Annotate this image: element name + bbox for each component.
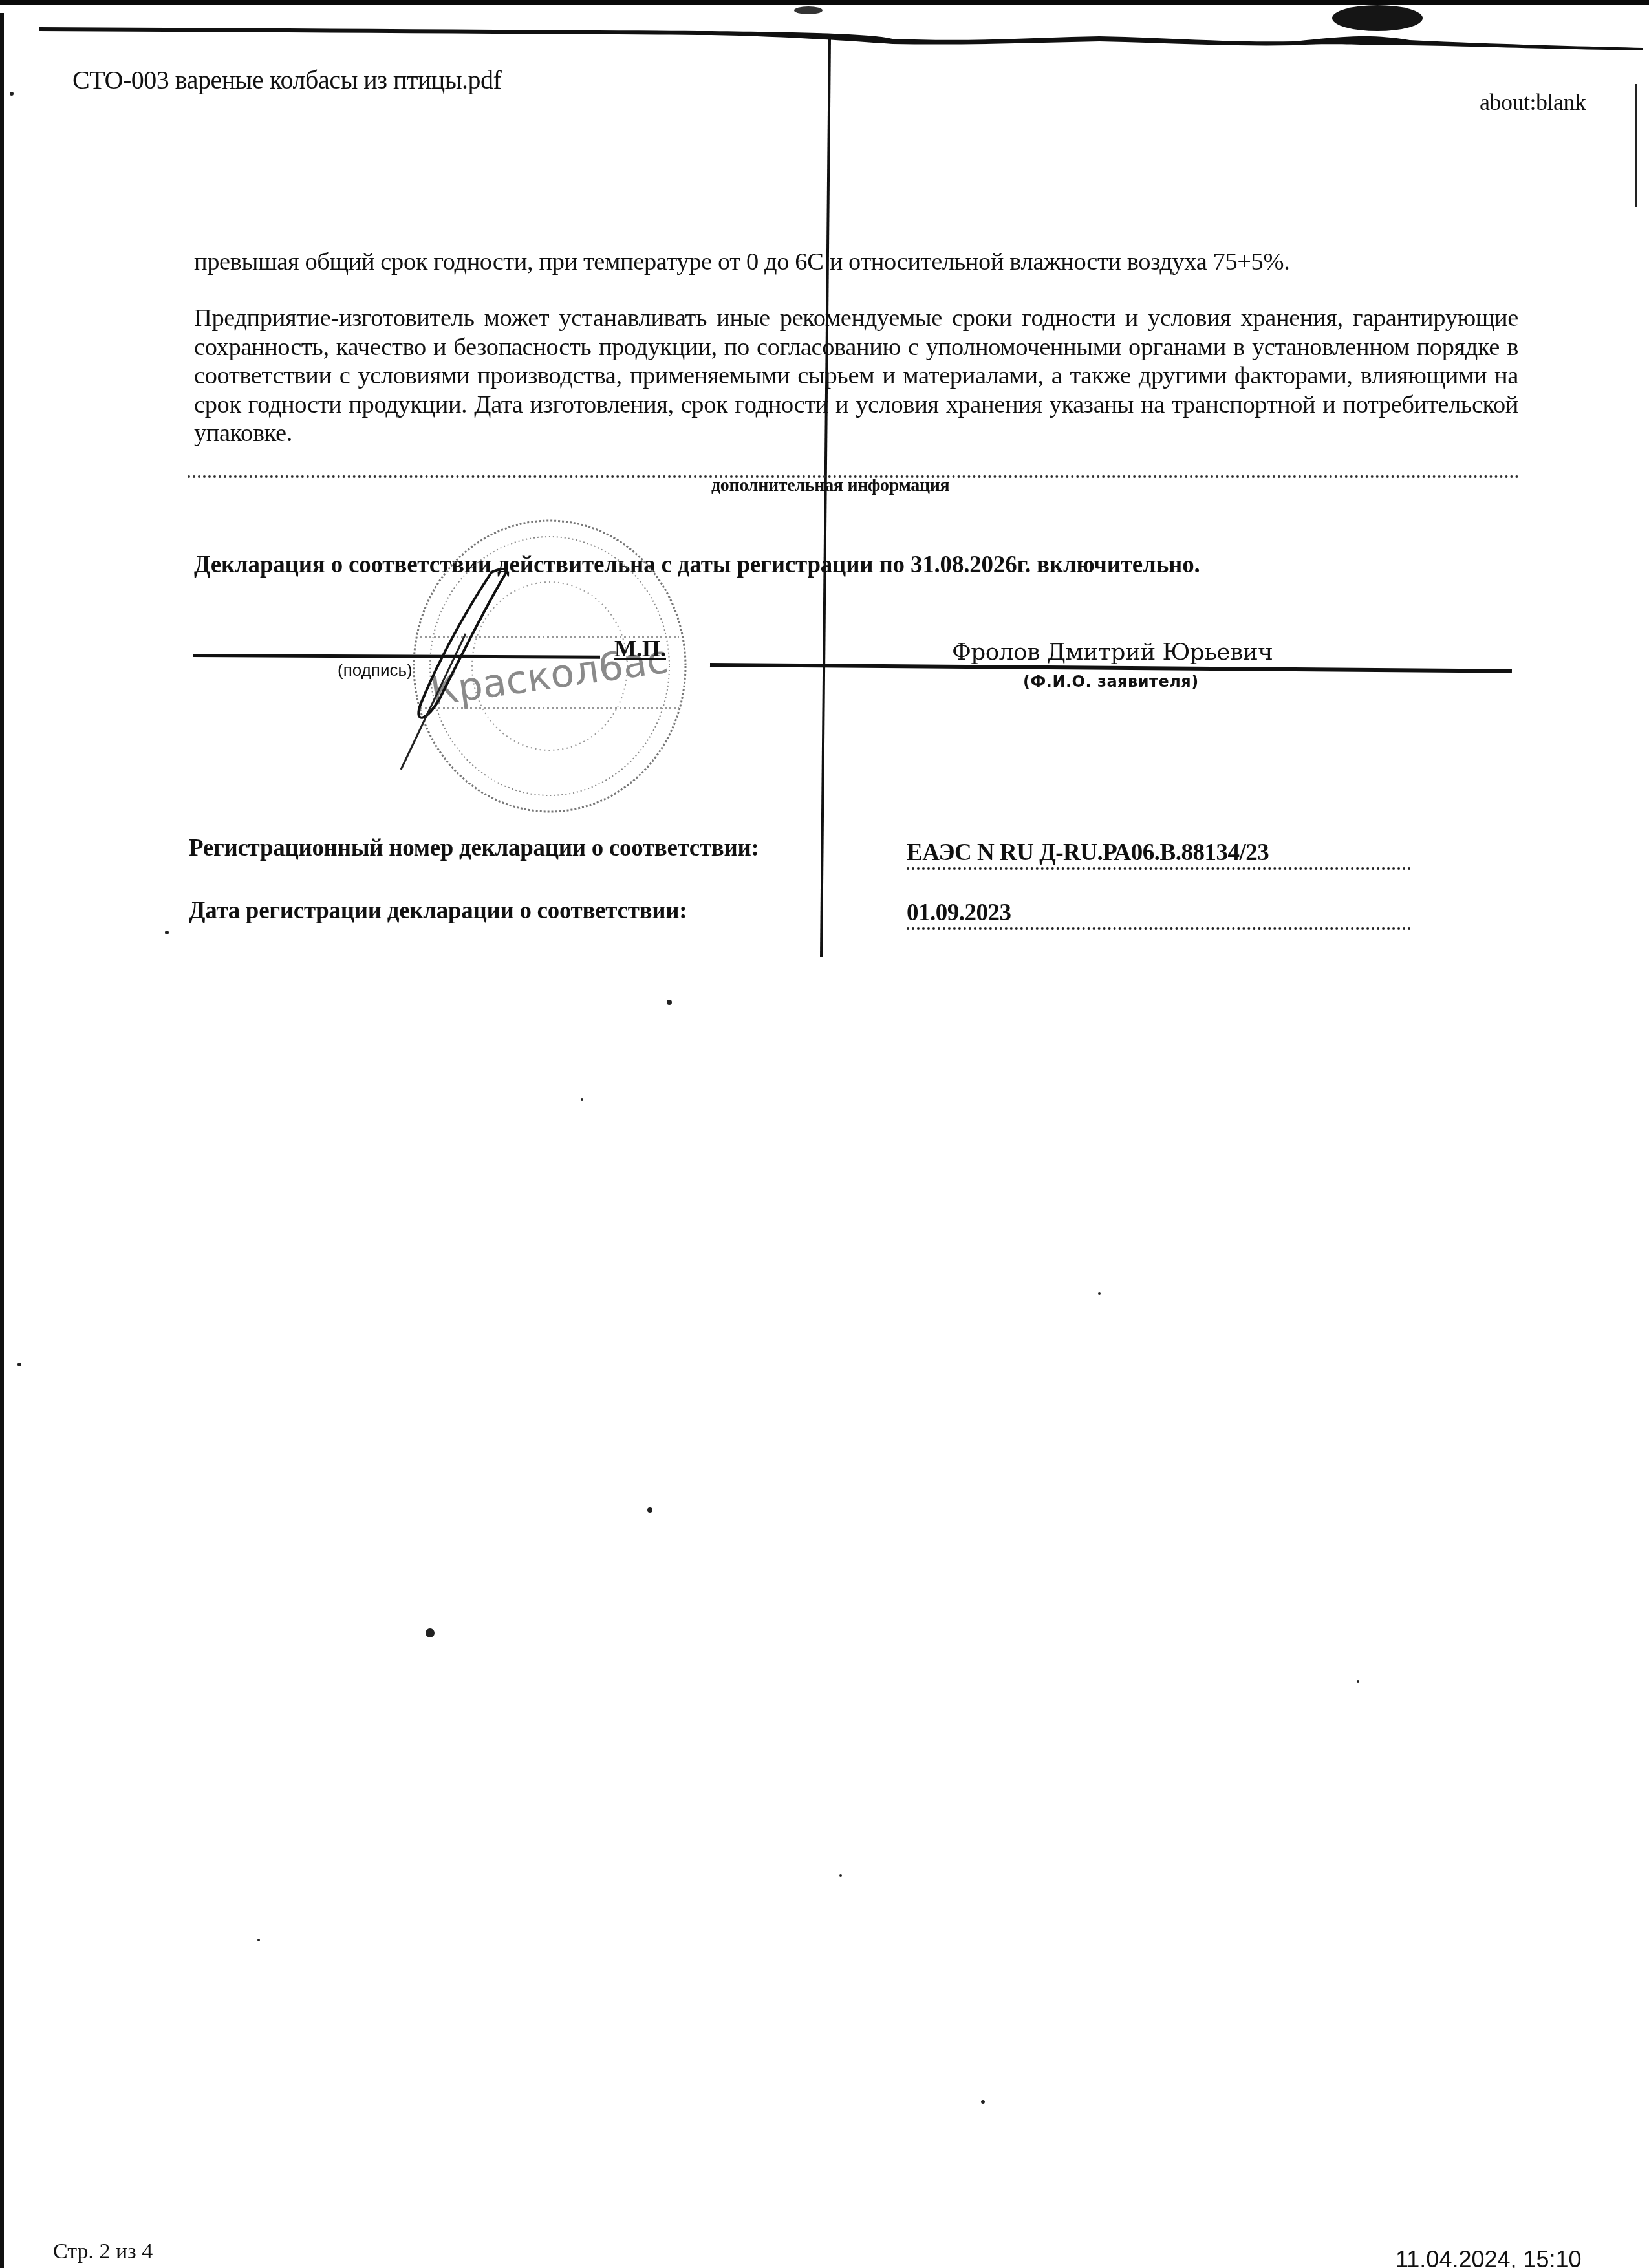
registration-number-label: Регистрационный номер декларации о соотв…: [189, 834, 759, 862]
scan-left-edge: [0, 13, 4, 2268]
manufacturer-terms-text: Предприятие-изготовитель может устанавли…: [194, 304, 1518, 448]
scan-page-fold: [0, 0, 1649, 58]
applicant-name: Фролов Дмитрий Юрьевич: [952, 639, 1273, 665]
applicant-caption: (Ф.И.О. заявителя): [1023, 673, 1199, 691]
registration-number-value: ЕАЭС N RU Д-RU.РА06.В.88134/23: [907, 839, 1411, 870]
registration-date-value: 01.09.2023: [907, 899, 1411, 930]
company-seal-stamp: Краскол6ас: [362, 511, 698, 815]
seal-label: М.П.: [614, 635, 666, 662]
additional-info-caption: дополнительная информация: [711, 475, 949, 496]
signature-caption: (подпись): [338, 660, 413, 680]
scan-right-edge: [1635, 84, 1637, 207]
page-url: about:blank: [1480, 89, 1586, 116]
storage-conditions-text: превышая общий срок годности, при темпер…: [194, 248, 1518, 277]
registration-date-label: Дата регистрации декларации о соответств…: [189, 897, 687, 925]
print-timestamp: 11.04.2024, 15:10: [1396, 2246, 1582, 2268]
page-indicator: Стр. 2 из 4: [53, 2240, 153, 2264]
document-title: СТО-003 вареные колбасы из птицы.pdf: [72, 65, 501, 95]
